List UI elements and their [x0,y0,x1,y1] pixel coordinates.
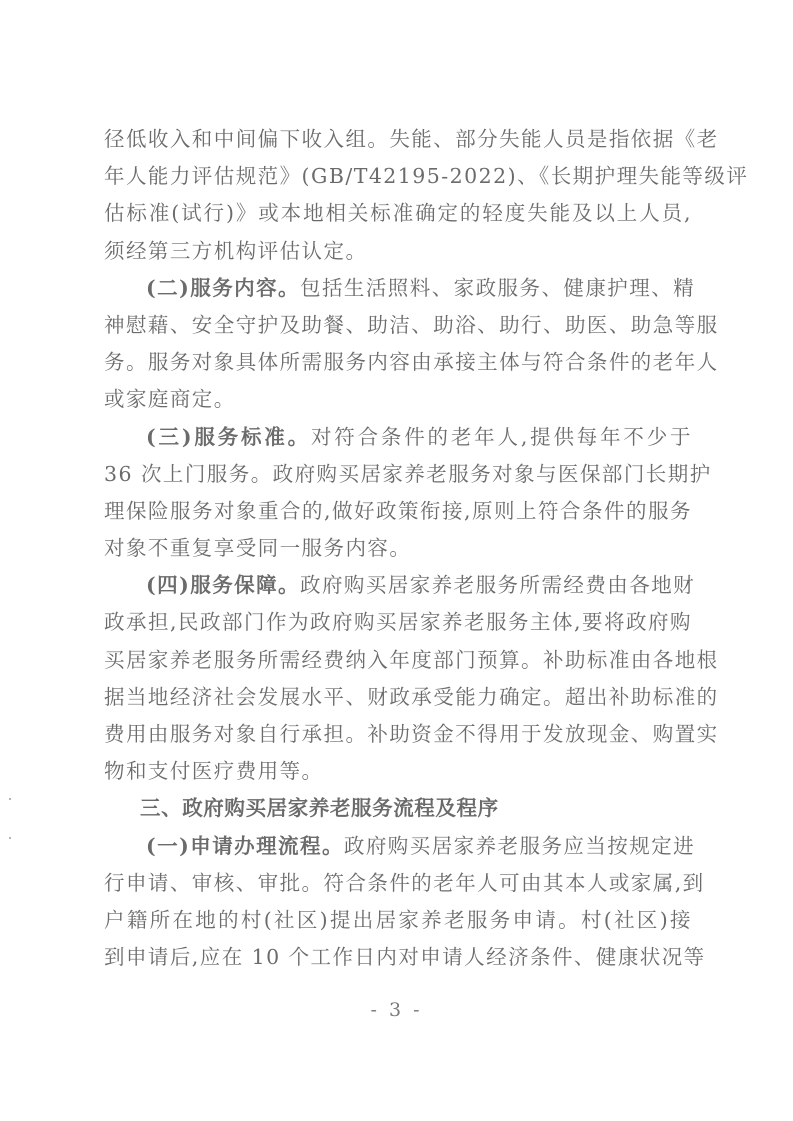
text-span: 政府购买居家养老服务应当按规定进 [344,834,695,858]
text-span: 包括生活照料、家政服务、健康护理、精 [300,276,695,300]
text-line: (二)服务内容。包括生活照料、家政服务、健康护理、精 [104,270,692,307]
text-line: 径低收入和中间偏下收入组。失能、部分失能人员是指依据《老 [104,121,692,158]
section-heading: 三、政府购买居家养老服务流程及程序 [104,790,692,827]
paragraph-service-guarantee: (四)服务保障。政府购买居家养老服务所需经费由各地财 政承担,民政部门作为政府购… [104,567,692,790]
text-line: 买居家养老服务所需经费纳入年度部门预算。补助标准由各地根 [104,642,692,679]
paragraph-lead: (一)申请办理流程。 [146,834,344,858]
text-line: 理保险服务对象重合的,做好政策衔接,原则上符合条件的服务 [104,493,692,530]
paragraph-service-standard: (三)服务标准。对符合条件的老年人,提供每年不少于 36 次上门服务。政府购买居… [104,419,692,568]
paragraph-application-process: (一)申请办理流程。政府购买居家养老服务应当按规定进 行申请、审核、审批。符合条… [104,828,692,977]
text-span: 政府购买居家养老服务所需经费由各地财 [300,573,695,597]
text-line: 对象不重复享受同一服务内容。 [104,530,692,567]
text-line: 或家庭商定。 [104,381,692,418]
text-line: (四)服务保障。政府购买居家养老服务所需经费由各地财 [104,567,692,604]
text-line: 须经第三方机构评估认定。 [104,233,692,270]
text-line: 务。服务对象具体所需服务内容由承接主体与符合条件的老年人 [104,344,692,381]
paragraph-lead: (三)服务标准。 [146,425,311,449]
text-line: (三)服务标准。对符合条件的老年人,提供每年不少于 [104,419,692,456]
text-line: 估标准(试行)》或本地相关标准确定的轻度失能及以上人员, [104,195,692,232]
text-line: 据当地经济社会发展水平、财政承受能力确定。超出补助标准的 [104,679,692,716]
paragraph-lead: (二)服务内容。 [146,276,300,300]
text-line: 政承担,民政部门作为政府购买居家养老服务主体,要将政府购 [104,604,692,641]
text-line: 户籍所在地的村(社区)提出居家养老服务申请。村(社区)接 [104,902,692,939]
document-page: 径低收入和中间偏下收入组。失能、部分失能人员是指依据《老 年人能力评估规范》(G… [104,121,692,976]
scan-speck [9,798,11,800]
paragraph-lead: (四)服务保障。 [146,573,300,597]
text-line: 物和支付医疗费用等。 [104,753,692,790]
text-line: 行申请、审核、审批。符合条件的老年人可由其本人或家属,到 [104,865,692,902]
paragraph-eligibility: 径低收入和中间偏下收入组。失能、部分失能人员是指依据《老 年人能力评估规范》(G… [104,121,692,270]
text-line: 36 次上门服务。政府购买居家养老服务对象与医保部门长期护 [104,456,692,493]
scan-speck [9,837,11,839]
text-line: 神慰藉、安全守护及助餐、助洁、助浴、助行、助医、助急等服 [104,307,692,344]
text-line: 到申请后,应在 10 个工作日内对申请人经济条件、健康状况等 [104,939,692,976]
text-line: 年人能力评估规范》(GB/T42195-2022)、《长期护理失能等级评 [104,158,692,195]
text-line: 费用由服务对象自行承担。补助资金不得用于发放现金、购置实 [104,716,692,753]
page-number: - 3 - [0,999,793,1021]
paragraph-service-content: (二)服务内容。包括生活照料、家政服务、健康护理、精 神慰藉、安全守护及助餐、助… [104,270,692,419]
text-span: 对符合条件的老年人,提供每年不少于 [311,425,692,449]
text-line: (一)申请办理流程。政府购买居家养老服务应当按规定进 [104,828,692,865]
